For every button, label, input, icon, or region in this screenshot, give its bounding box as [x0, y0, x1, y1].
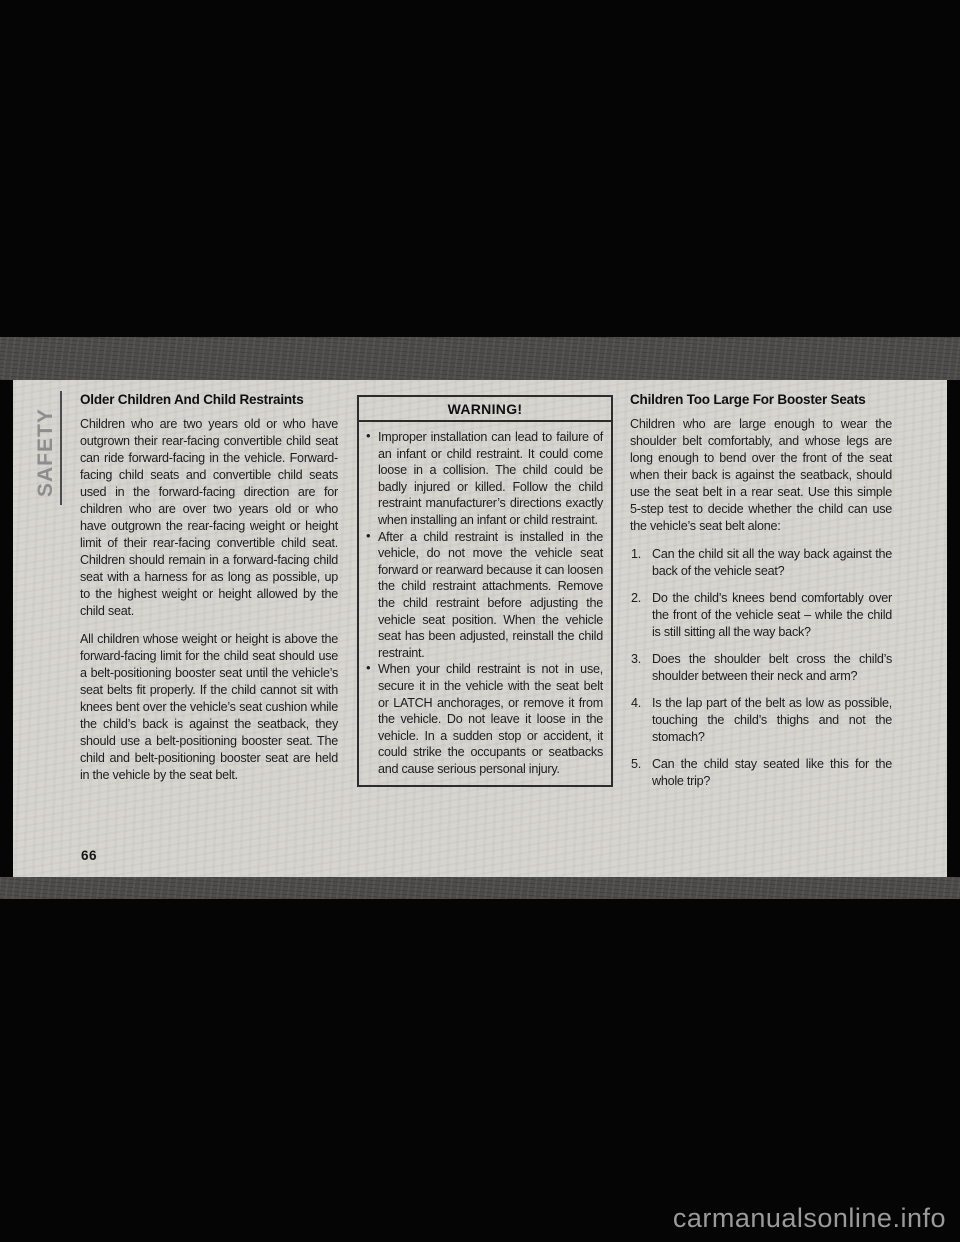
- watermark-text: carmanualsonline.info: [673, 1203, 946, 1234]
- bullet-marker: •: [366, 428, 370, 445]
- warning-body: • Improper installation can lead to fail…: [359, 422, 611, 785]
- scan-edge-bottom: [0, 877, 960, 899]
- warning-bullet-3: • When your child restraint is not in us…: [366, 661, 603, 777]
- booster-step-3: 3. Does the shoulder belt cross the chil…: [630, 651, 892, 685]
- step-text: Can the child sit all the way back again…: [652, 547, 892, 578]
- column-older-children: Older Children And Child Restraints Chil…: [80, 392, 338, 795]
- older-children-paragraph-1: Children who are two years old or who ha…: [80, 416, 338, 620]
- booster-step-4: 4. Is the lap part of the belt as low as…: [630, 695, 892, 746]
- booster-step-1: 1. Can the child sit all the way back ag…: [630, 546, 892, 580]
- booster-intro-paragraph: Children who are large enough to wear th…: [630, 416, 892, 535]
- step-text: Does the shoulder belt cross the child’s…: [652, 652, 892, 683]
- safety-section-tab: SAFETY: [35, 391, 62, 505]
- screenshot-root: SAFETY Older Children And Child Restrain…: [0, 0, 960, 1242]
- older-children-paragraph-2: All children whose weight or height is a…: [80, 631, 338, 784]
- column-booster-seats: Children Too Large For Booster Seats Chi…: [630, 392, 892, 800]
- step-number: 2.: [631, 590, 641, 607]
- warning-box: WARNING! • Improper installation can lea…: [357, 395, 613, 787]
- warning-title: WARNING!: [359, 397, 611, 422]
- step-text: Can the child stay seated like this for …: [652, 757, 892, 788]
- bullet-marker: •: [366, 660, 370, 677]
- safety-tab-rule: [60, 391, 62, 505]
- manual-page: SAFETY Older Children And Child Restrain…: [13, 380, 947, 877]
- section-heading-booster: Children Too Large For Booster Seats: [630, 392, 892, 407]
- section-heading-older-children: Older Children And Child Restraints: [80, 392, 338, 407]
- warning-bullet-1-text: Improper installation can lead to failur…: [378, 430, 603, 527]
- step-number: 3.: [631, 651, 641, 668]
- warning-bullet-1: • Improper installation can lead to fail…: [366, 429, 603, 529]
- scan-edge-top: [0, 337, 960, 380]
- warning-bullet-3-text: When your child restraint is not in use,…: [378, 662, 603, 776]
- step-text: Is the lap part of the belt as low as po…: [652, 696, 892, 744]
- step-text: Do the child’s knees bend comfortably ov…: [652, 591, 892, 639]
- bullet-marker: •: [366, 528, 370, 545]
- step-number: 4.: [631, 695, 641, 712]
- booster-step-5: 5. Can the child stay seated like this f…: [630, 756, 892, 790]
- page-number: 66: [81, 848, 97, 863]
- warning-bullet-2: • After a child restraint is installed i…: [366, 529, 603, 662]
- step-number: 5.: [631, 756, 641, 773]
- safety-tab-label: SAFETY: [35, 391, 56, 497]
- step-number: 1.: [631, 546, 641, 563]
- warning-bullet-2-text: After a child restraint is installed in …: [378, 530, 603, 660]
- booster-step-2: 2. Do the child’s knees bend comfortably…: [630, 590, 892, 641]
